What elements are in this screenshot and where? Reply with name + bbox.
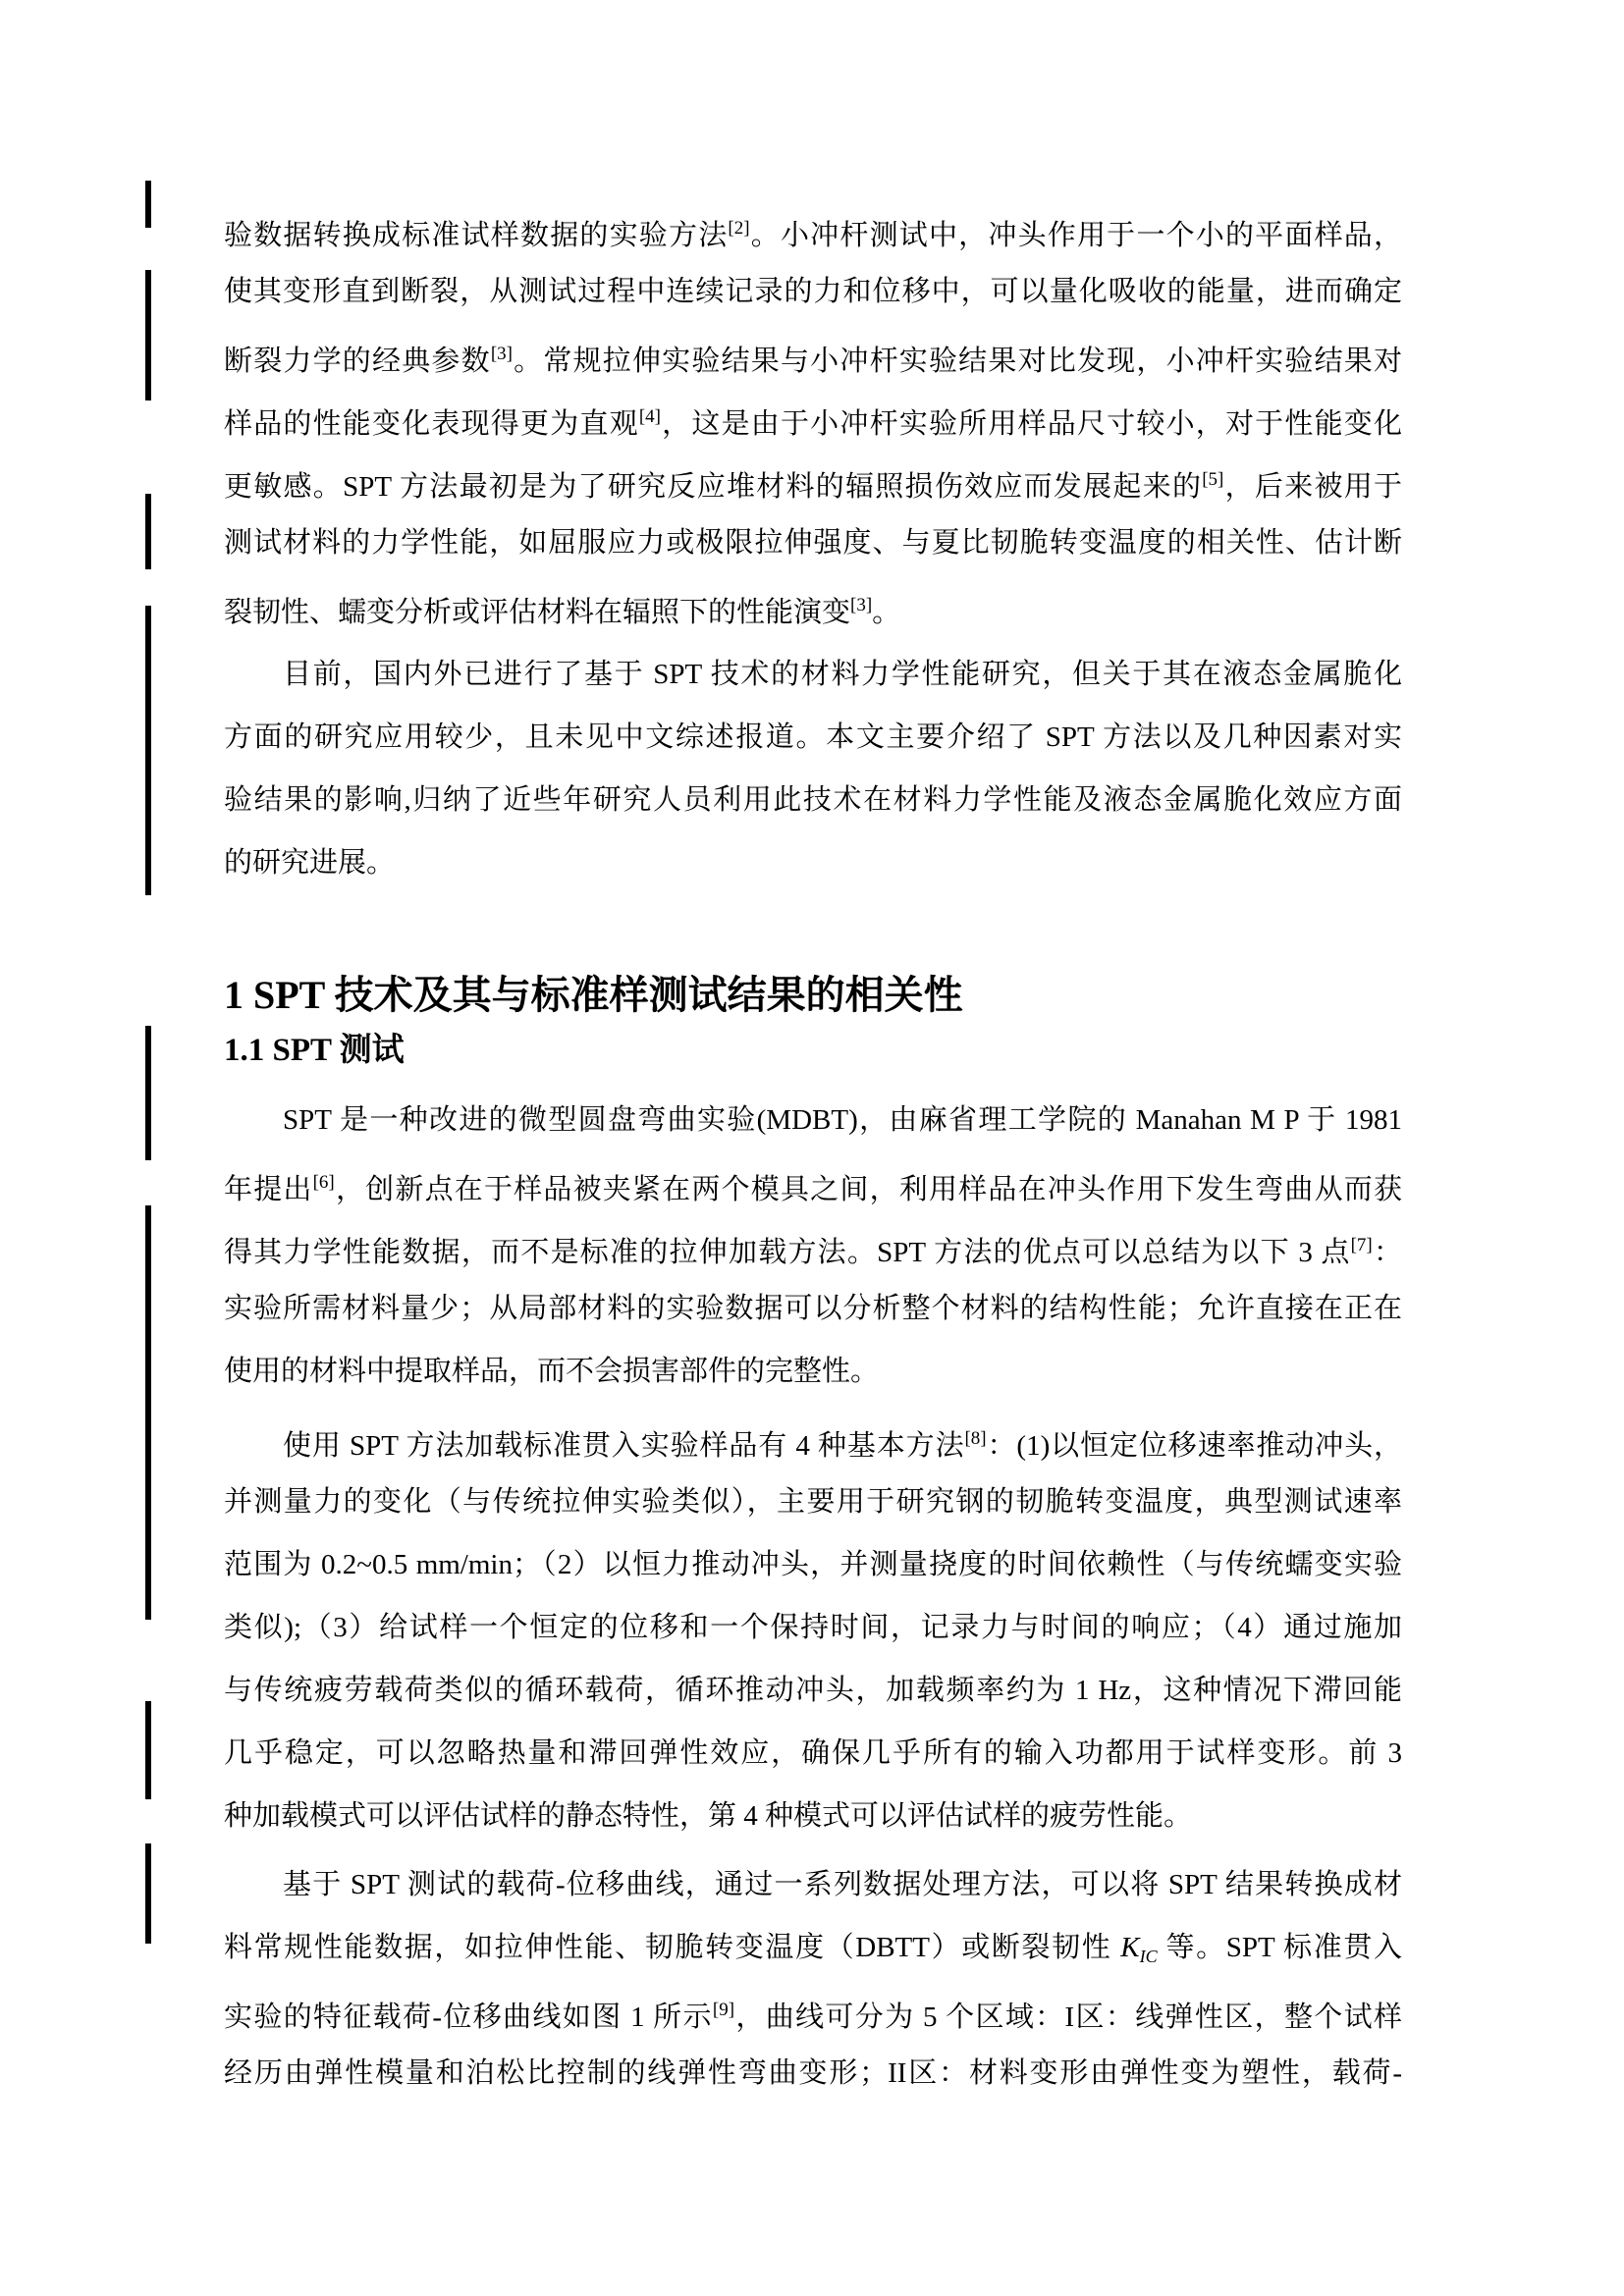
text-line: 基于 SPT 测试的载荷-位移曲线，通过一系列数据处理方法，可以将 SPT 结果… xyxy=(224,1853,1402,1916)
math-symbol: IC xyxy=(1140,1947,1158,1966)
citation-reference: [5] xyxy=(1202,469,1223,490)
citation-reference: [7] xyxy=(1351,1235,1373,1255)
revision-bar xyxy=(145,1026,151,1160)
text-line: 方面的研究应用较少，且未见中文综述报道。本文主要介绍了 SPT 方法以及几种因素… xyxy=(224,706,1402,769)
citation-reference: [9] xyxy=(713,2000,734,2020)
revision-bar xyxy=(145,1205,151,1620)
text-line: 料常规性能数据，如拉伸性能、韧脆转变温度（DBTT）或断裂韧性 KIC 等。SP… xyxy=(224,1916,1402,1979)
text-line: 使其变形直到断裂，从测试过程中连续记录的力和位移中，可以量化吸收的能量，进而确定 xyxy=(224,260,1402,323)
text-line: 并测量力的变化（与传统拉伸实验类似），主要用于研究钢的韧脆转变温度，典型测试速率 xyxy=(224,1470,1402,1533)
para-4: 使用 SPT 方法加载标准贯入实验样品有 4 种基本方法[8]：(1)以恒定位移… xyxy=(224,1408,1402,1847)
text-line: 类似);（3）给试样一个恒定的位移和一个保持时间，记录力与时间的响应；（4）通过… xyxy=(224,1596,1402,1659)
text-line: 范围为 0.2~0.5 mm/min；（2）以恒力推动冲头，并测量挠度的时间依赖… xyxy=(224,1533,1402,1596)
para-2: 目前，国内外已进行了基于 SPT 技术的材料力学性能研究，但关于其在液态金属脆化… xyxy=(224,643,1402,894)
math-symbol: K xyxy=(1120,1932,1139,1963)
revision-bar xyxy=(145,1843,151,1944)
text-line: SPT 是一种改进的微型圆盘弯曲实验(MDBT)，由麻省理工学院的 Manaha… xyxy=(224,1089,1402,1151)
revision-bar xyxy=(145,1701,151,1799)
text-line: 断裂力学的经典参数[3]。常规拉伸实验结果与小冲杆实验结果对比发现，小冲杆实验结… xyxy=(224,323,1402,386)
revision-bar xyxy=(145,606,151,895)
citation-reference: [2] xyxy=(728,218,749,239)
text-line: 的研究进展。 xyxy=(224,831,1402,894)
para-1: 验数据转换成标准试样数据的实验方法[2]。小冲杆测试中，冲头作用于一个小的平面样… xyxy=(224,197,1402,637)
text-line: 实验的特征载荷-位移曲线如图 1 所示[9]，曲线可分为 5 个区域：I区：线弹… xyxy=(224,1979,1402,2042)
text-line: 样品的性能变化表现得更为直观[4]，这是由于小冲杆实验所用样品尺寸较小，对于性能… xyxy=(224,386,1402,449)
text-line: 更敏感。SPT 方法最初是为了研究反应堆材料的辐照损伤效应而发展起来的[5]，后… xyxy=(224,449,1402,511)
text-line: 得其力学性能数据，而不是标准的拉伸加载方法。SPT 方法的优点可以总结为以下 3… xyxy=(224,1214,1402,1277)
text-line: 测试材料的力学性能，如屈服应力或极限拉伸强度、与夏比韧脆转变温度的相关性、估计断 xyxy=(224,511,1402,574)
citation-reference: [8] xyxy=(964,1428,986,1449)
para-3: SPT 是一种改进的微型圆盘弯曲实验(MDBT)，由麻省理工学院的 Manaha… xyxy=(224,1089,1402,1403)
text-line: 实验所需材料量少；从局部材料的实验数据可以分析整个材料的结构性能；允许直接在正在 xyxy=(224,1277,1402,1340)
text-line: 几乎稳定，可以忽略热量和滞回弹性效应，确保几乎所有的输入功都用于试样变形。前 3 xyxy=(224,1722,1402,1785)
citation-reference: [6] xyxy=(313,1172,335,1193)
section-1-heading: 1 SPT 技术及其与标准样测试结果的相关性 xyxy=(224,971,1402,1020)
citation-reference: [3] xyxy=(491,344,513,364)
text-line: 与传统疲劳载荷类似的循环载荷，循环推动冲头，加载频率约为 1 Hz，这种情况下滞… xyxy=(224,1659,1402,1722)
text-line: 种加载模式可以评估试样的静态特性，第 4 种模式可以评估试样的疲劳性能。 xyxy=(224,1785,1402,1847)
revision-bar xyxy=(145,494,151,569)
text-line: 验结果的影响,归纳了近些年研究人员利用此技术在材料力学性能及液态金属脆化效应方面 xyxy=(224,769,1402,831)
section-1-1-heading: 1.1 SPT 测试 xyxy=(224,1028,1402,1073)
document-content: 验数据转换成标准试样数据的实验方法[2]。小冲杆测试中，冲头作用于一个小的平面样… xyxy=(224,197,1402,2105)
citation-reference: [3] xyxy=(850,595,872,615)
text-line: 裂韧性、蠕变分析或评估材料在辐照下的性能演变[3]。 xyxy=(224,574,1402,637)
para-5: 基于 SPT 测试的载荷-位移曲线，通过一系列数据处理方法，可以将 SPT 结果… xyxy=(224,1853,1402,2105)
text-line: 验数据转换成标准试样数据的实验方法[2]。小冲杆测试中，冲头作用于一个小的平面样… xyxy=(224,197,1402,260)
revision-bar xyxy=(145,270,151,400)
text-line: 目前，国内外已进行了基于 SPT 技术的材料力学性能研究，但关于其在液态金属脆化 xyxy=(224,643,1402,706)
text-line: 使用的材料中提取样品，而不会损害部件的完整性。 xyxy=(224,1340,1402,1403)
document-page: 验数据转换成标准试样数据的实验方法[2]。小冲杆测试中，冲头作用于一个小的平面样… xyxy=(0,0,1624,2296)
text-line: 年提出[6]，创新点在于样品被夹紧在两个模具之间，利用样品在冲头作用下发生弯曲从… xyxy=(224,1151,1402,1214)
text-line: 经历由弹性模量和泊松比控制的线弹性弯曲变形；II区：材料变形由弹性变为塑性，载荷… xyxy=(224,2042,1402,2105)
revision-bar xyxy=(145,181,151,228)
citation-reference: [4] xyxy=(639,406,661,427)
text-line: 使用 SPT 方法加载标准贯入实验样品有 4 种基本方法[8]：(1)以恒定位移… xyxy=(224,1408,1402,1470)
